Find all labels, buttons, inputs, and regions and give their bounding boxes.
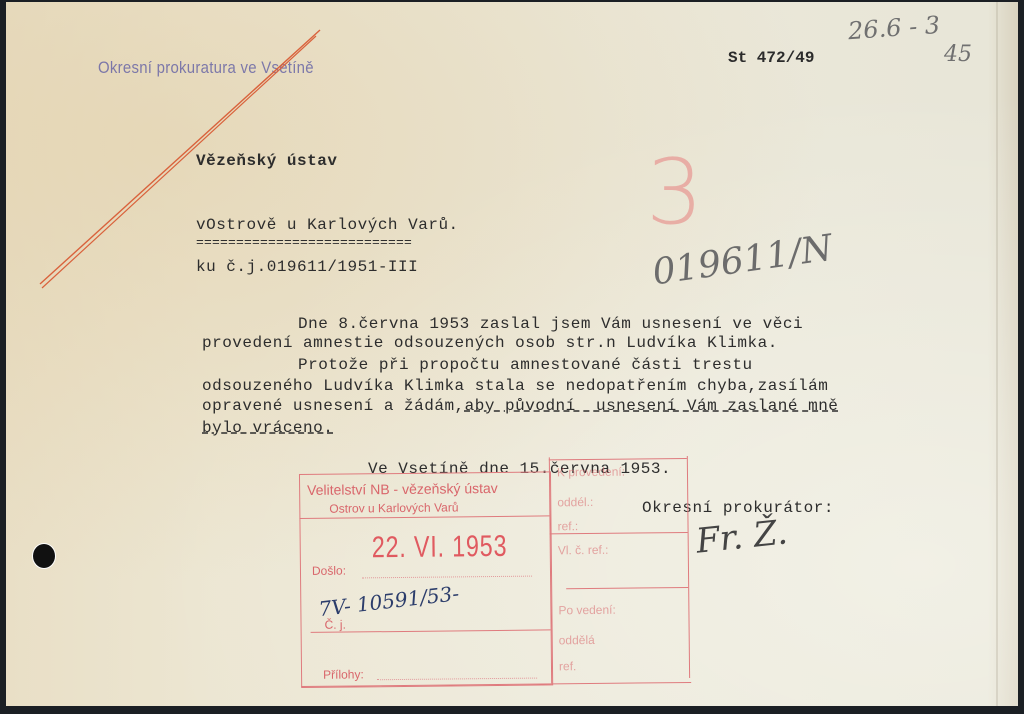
paper-fold — [996, 2, 998, 706]
handwritten-signature: Fr. Ž. — [694, 512, 789, 561]
body-line-5-underlined: aby původní usnesení Vám zaslané mně — [465, 397, 839, 415]
body-line-4: odsouzeného Ludvíka Klimka stala se nedo… — [202, 377, 828, 395]
ref2-label: ref. — [559, 659, 576, 673]
doslo-date-stamp: 22. VI. 1953 — [372, 530, 508, 565]
pencil-date-note: 26.6 - 3 — [847, 11, 941, 45]
ref-label: ref.: — [557, 519, 578, 533]
po-vedeni-label: Po vedení: — [558, 603, 616, 618]
vl-c-ref-label: Vl. č. ref.: — [558, 543, 609, 558]
recipient-line-3: ku č.j.019611/1951-III — [196, 258, 418, 276]
pencil-year-note: 45 — [944, 42, 972, 67]
stamp-right-divider-2 — [566, 587, 688, 589]
punch-hole — [33, 544, 55, 568]
body-line-2: provedení amnestie odsouzených osob str.… — [202, 334, 778, 352]
stamp-header-line-1: Velitelství NB - vězeňský ústav — [307, 480, 498, 498]
body-line-1: Dne 8.června 1953 zaslal jsem Vám usnese… — [298, 315, 803, 333]
body-line-6: bylo vráceno. — [202, 419, 333, 437]
prilohy-label: Přílohy: — [323, 667, 364, 681]
oddela-label: oddělá — [559, 633, 595, 647]
reference-number: St 472/49 — [728, 49, 814, 67]
body-line-5: opravené usnesení a žádám,aby původní us… — [202, 397, 838, 415]
recipient-line-1: Vězeňský ústav — [196, 152, 337, 170]
stamp-top-right — [549, 458, 687, 460]
oddel-label: oddél.: — [557, 495, 593, 509]
stamp-header-line-2: Ostrov u Karlových Varů — [329, 500, 458, 515]
body-line-5-plain: opravené usnesení a žádám, — [202, 397, 465, 415]
recipient-separator: =========================== — [196, 235, 412, 250]
recipient-line-2: vOstrově u Karlových Varů. — [196, 216, 459, 234]
cj-label: Č. j. — [324, 618, 345, 632]
doslo-label: Došlo: — [312, 564, 346, 578]
receipt-stamp: Velitelství NB - vězeňský ústav Ostrov u… — [299, 456, 691, 688]
body-line-3: Protože při propočtu amnestované části t… — [298, 356, 753, 374]
red-pencil-mark: 3 — [646, 140, 703, 245]
k-provedeni-label: K provedení: — [557, 465, 625, 480]
office-stamp-header: Okresní prokuratura ve Vsetíně — [98, 58, 314, 78]
